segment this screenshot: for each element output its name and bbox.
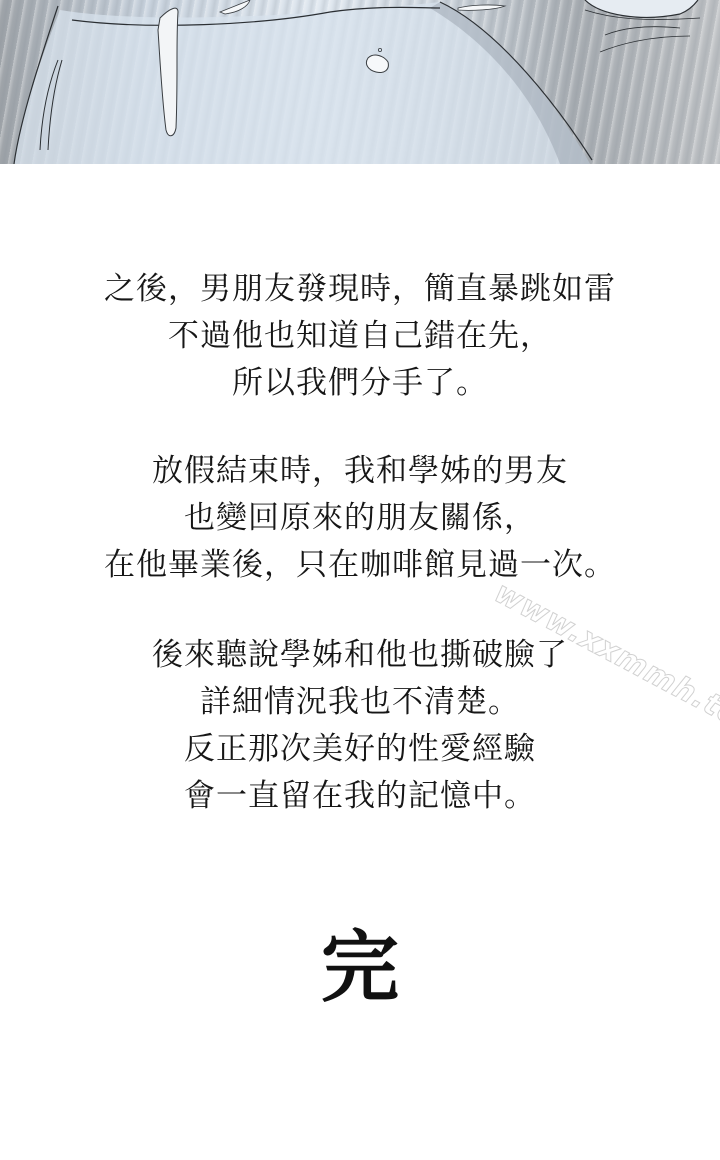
narration-line: 在他畢業後，只在咖啡館見過一次。: [0, 542, 720, 589]
narration-line: 反正那次美好的性愛經驗: [0, 726, 720, 773]
end-mark: 完: [0, 918, 720, 1018]
narration-line: 會一直留在我的記憶中。: [0, 773, 720, 820]
narration-line: 不過他也知道自己錯在先，: [0, 313, 720, 360]
illustration-drawing: [0, 0, 720, 164]
narration-line: 詳細情況我也不清楚。: [0, 679, 720, 726]
narration-line: 之後，男朋友發現時，簡直暴跳如雷: [0, 266, 720, 313]
comic-panel-illustration: [0, 0, 720, 164]
narration-block-1: 之後，男朋友發現時，簡直暴跳如雷 不過他也知道自己錯在先， 所以我們分手了。: [0, 266, 720, 407]
narration-line: 所以我們分手了。: [0, 360, 720, 407]
narration-line: 也變回原來的朋友關係，: [0, 495, 720, 542]
narration-line: 放假結束時，我和學姊的男友: [0, 448, 720, 495]
narration-block-2: 放假結束時，我和學姊的男友 也變回原來的朋友關係， 在他畢業後，只在咖啡館見過一…: [0, 448, 720, 589]
